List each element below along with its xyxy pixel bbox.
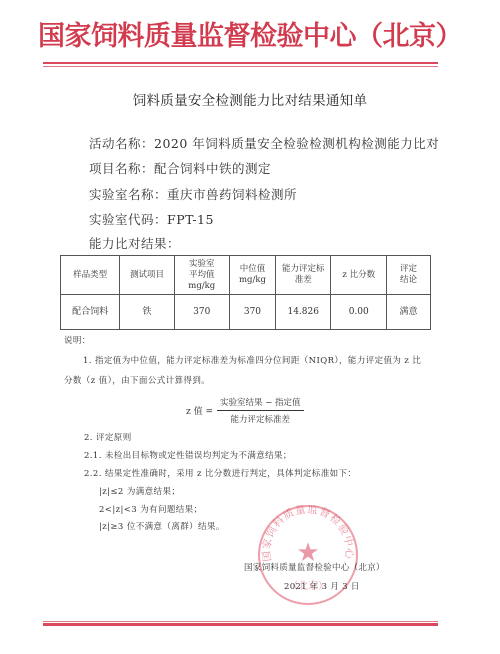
- z-score-formula: z 值 = 实验室结果 − 指定值 能力评定标准差: [186, 396, 304, 425]
- formula-fraction: 实验室结果 − 指定值 能力评定标准差: [217, 396, 304, 425]
- note-2-1: 2.1. 未检出目标物或定性错误均判定为不满意结果；: [84, 449, 292, 461]
- cell-test-item: 铁: [120, 295, 174, 330]
- header-conclusion: 评定结论: [387, 256, 431, 295]
- formula-denominator: 能力评定标准差: [231, 411, 291, 425]
- project-name-label: 项目名称：: [89, 161, 154, 176]
- cell-std-dev: 14.826: [276, 295, 331, 330]
- results-table: 样品类型 测试项目 实验室平均值mg/kg 中位值mg/kg 能力评定标准差 z…: [60, 255, 431, 330]
- lab-code: 实验室代码：FPT-15: [89, 210, 214, 228]
- table-header-row: 样品类型 测试项目 实验室平均值mg/kg 中位值mg/kg 能力评定标准差 z…: [61, 256, 431, 295]
- header-sample-type: 样品类型: [61, 256, 120, 295]
- project-name: 项目名称：配合饲料中铁的测定: [89, 159, 271, 177]
- lab-name-value: 重庆市兽药饲料检测所: [167, 187, 297, 202]
- cell-median: 370: [229, 295, 275, 330]
- activity-name-label: 活动名称：: [89, 136, 154, 151]
- note-1-line-2: 分数（z 值），由下面公式计算得到。: [64, 374, 210, 386]
- header-test-item: 测试项目: [120, 256, 174, 295]
- results-heading-label: 能力比对结果：: [89, 236, 180, 251]
- letterhead-divider: [43, 62, 438, 67]
- lab-name: 实验室名称：重庆市兽药饲料检测所: [89, 185, 297, 203]
- lab-code-label: 实验室代码：: [89, 212, 167, 227]
- table-row: 配合饲料 铁 370 370 14.826 0.00 满意: [61, 295, 431, 330]
- header-z-score: z 比分数: [331, 256, 387, 295]
- cell-z-score: 0.00: [331, 295, 387, 330]
- cell-lab-mean: 370: [174, 295, 229, 330]
- notes-heading: 说明：: [64, 334, 91, 346]
- document-title: 饲料质量安全检测能力比对结果通知单: [0, 89, 500, 109]
- activity-name-value: 2020 年饲料质量安全检验检测机构检测能力比对: [154, 136, 439, 151]
- cell-conclusion: 满意: [387, 295, 431, 330]
- results-heading: 能力比对结果：: [89, 234, 180, 252]
- signature-date: 2021 年 3 月 3 日: [284, 580, 360, 592]
- footer-divider: [43, 619, 438, 626]
- cell-sample-type: 配合饲料: [61, 295, 120, 330]
- formula-numerator: 实验室结果 − 指定值: [217, 396, 304, 411]
- formula-lhs: z 值 =: [186, 404, 213, 417]
- note-1-line-1: 1. 指定值为中位值，能力评定标准差为标准四分位间距（NIQR），能力评定值为 …: [83, 354, 421, 366]
- note-2-heading: 2. 评定原则: [84, 431, 132, 443]
- criterion-unsatisfactory: |z|≥3 位不满意（离群）结果。: [99, 520, 225, 532]
- lab-code-value: FPT-15: [167, 212, 214, 227]
- project-name-value: 配合饲料中铁的测定: [154, 161, 271, 176]
- activity-name: 活动名称：2020 年饲料质量安全检验检测机构检测能力比对: [89, 134, 439, 152]
- lab-name-label: 实验室名称：: [89, 187, 167, 202]
- criterion-questionable: 2<|z|<3 为有问题结果；: [99, 503, 202, 515]
- criterion-satisfactory: |z|≤2 为满意结果；: [99, 485, 180, 497]
- header-lab-mean: 实验室平均值mg/kg: [174, 256, 229, 295]
- signature-org: 国家饲料质量监督检验中心（北京）: [244, 561, 385, 573]
- header-std-dev: 能力评定标准差: [276, 256, 331, 295]
- header-median: 中位值mg/kg: [229, 256, 275, 295]
- org-letterhead-title: 国家饲料质量监督检验中心（北京）: [0, 14, 500, 53]
- note-2-2: 2.2. 结果定性准确时，采用 z 比分数进行判定，具体判定标准如下：: [84, 467, 356, 479]
